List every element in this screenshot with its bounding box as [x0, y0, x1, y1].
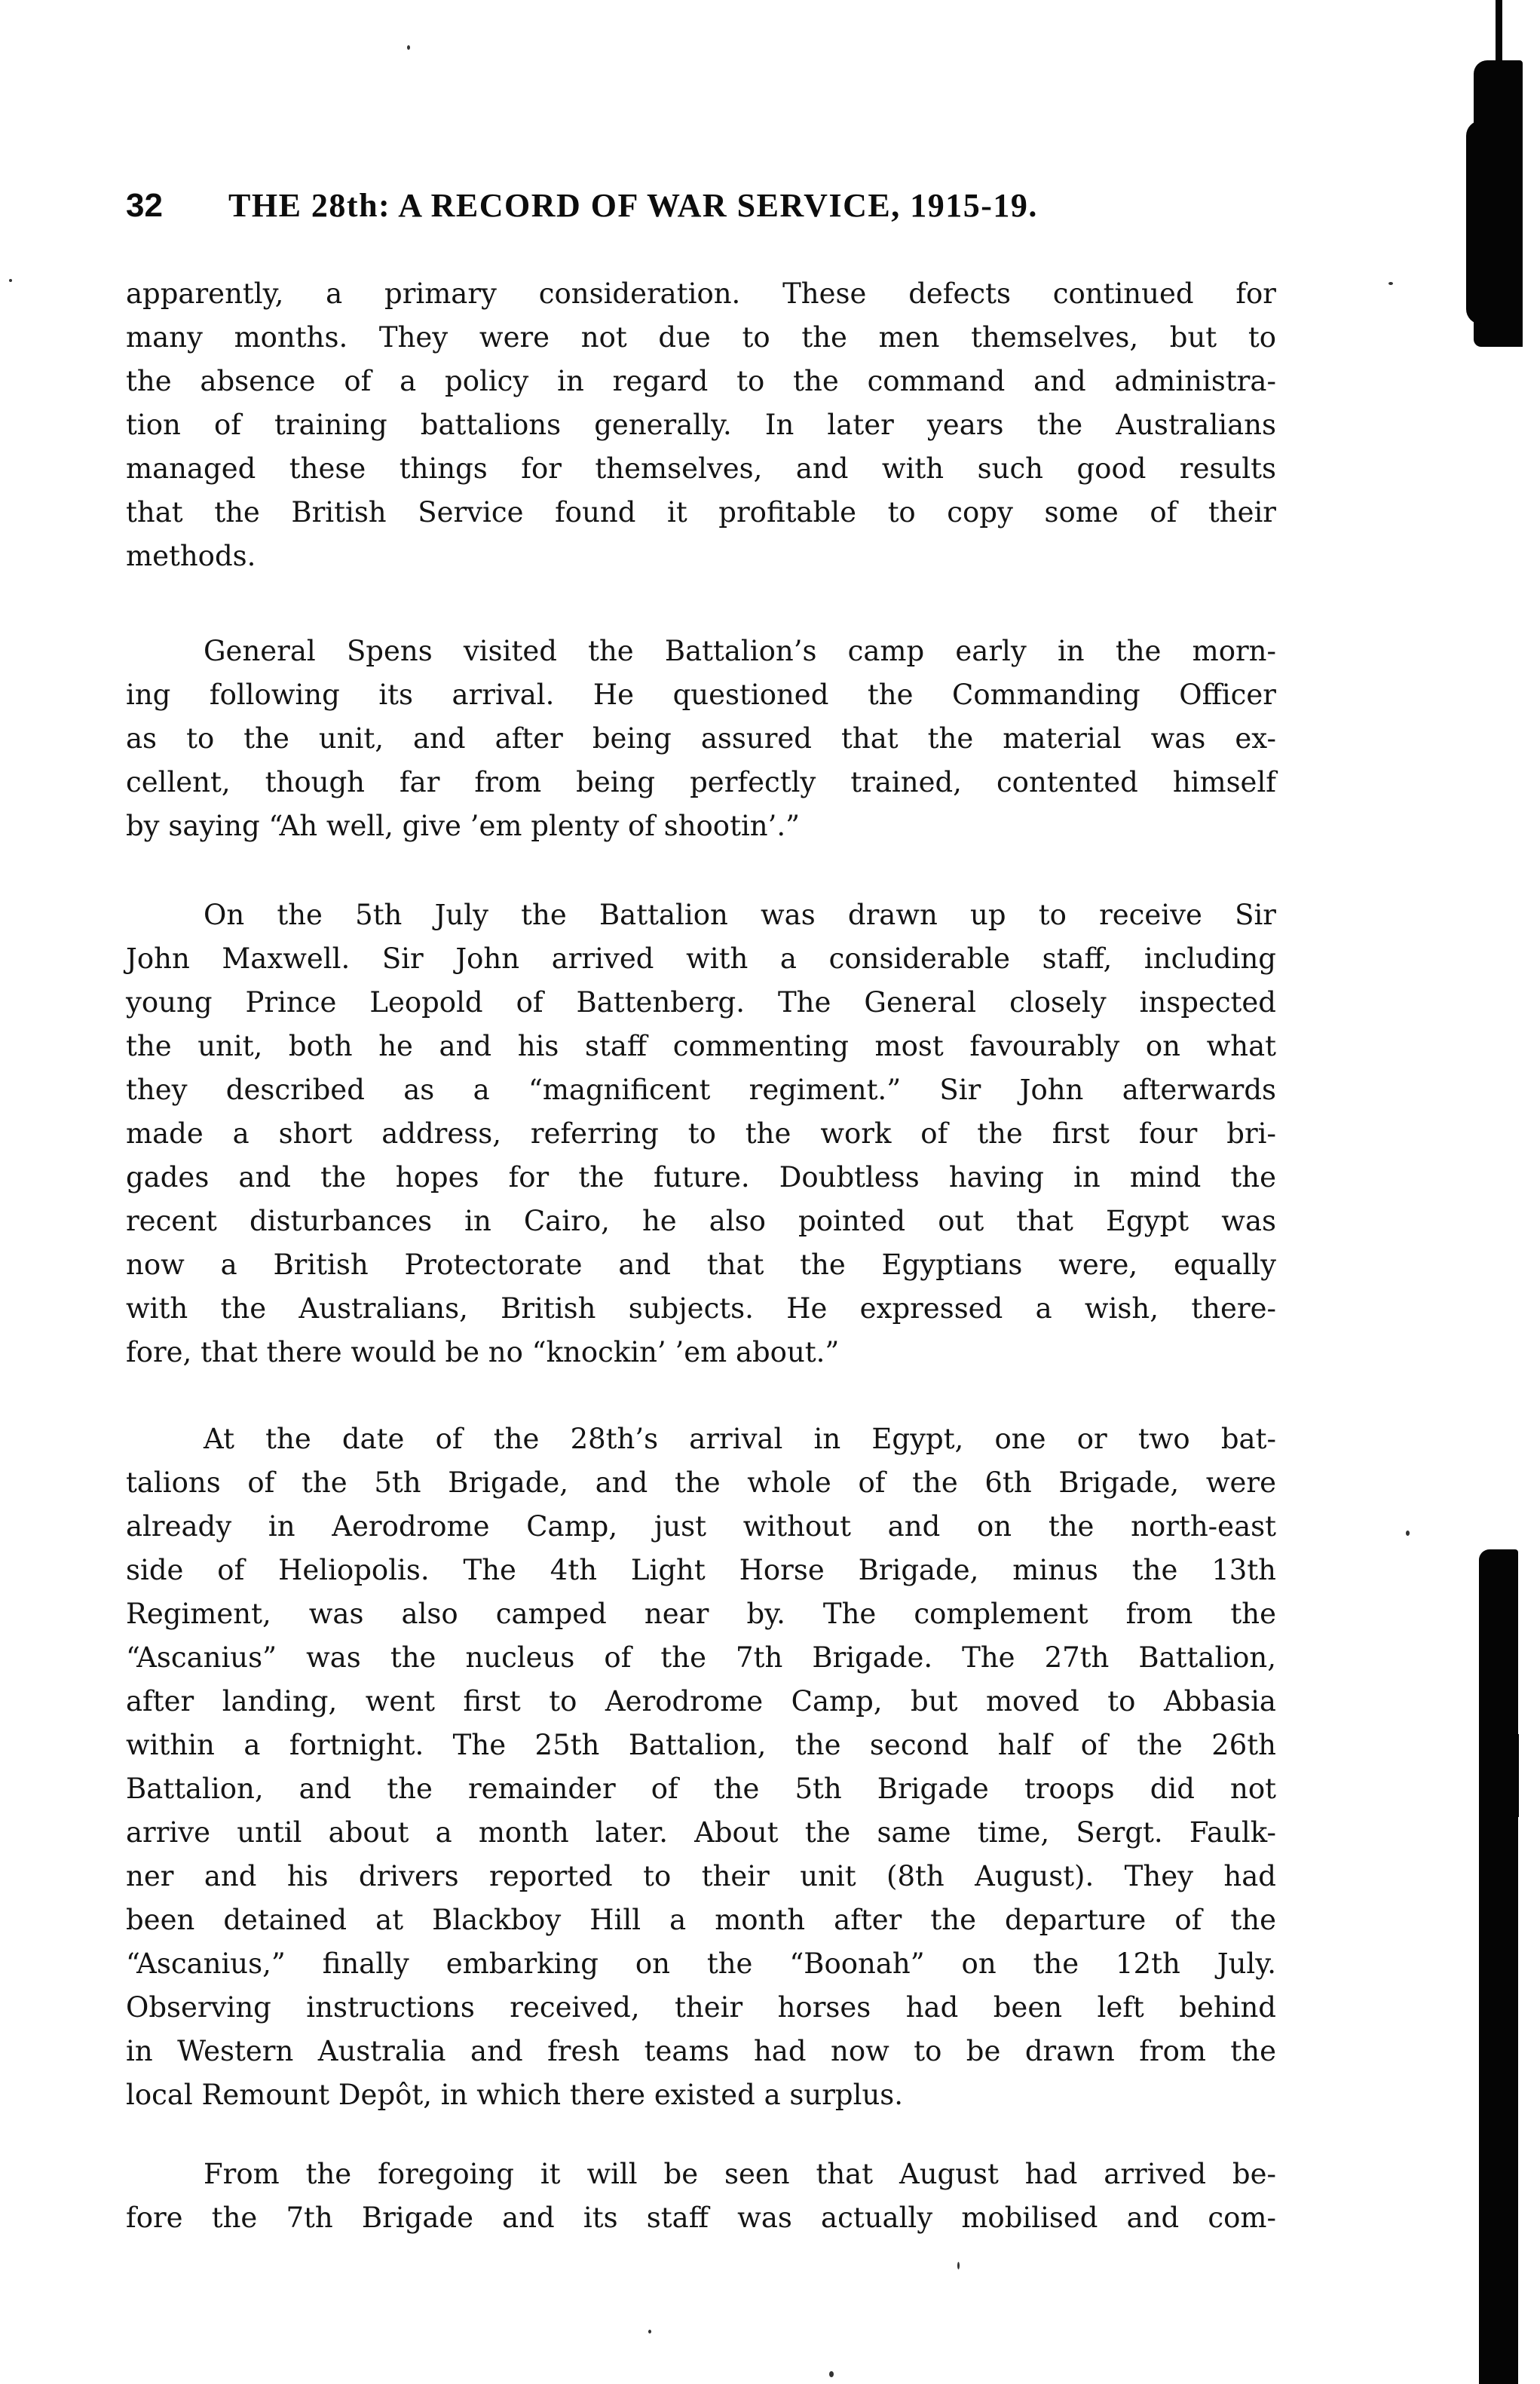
text-line: recent disturbances in Cairo, he also po…	[126, 1200, 1276, 1243]
scan-speck	[1388, 282, 1393, 285]
text-line: arrive until about a month later. About …	[126, 1811, 1276, 1855]
text-line: “Ascanius,” finally embarking on the “Bo…	[126, 1942, 1276, 1986]
scan-speck	[9, 279, 12, 282]
paragraph-4: At the date of the 28th’s arrival in Egy…	[126, 1417, 1276, 2117]
text-line: methods.	[126, 535, 1276, 578]
text-line: John Maxwell. Sir John arrived with a co…	[126, 937, 1276, 981]
text-line: young Prince Leopold of Battenberg. The …	[126, 981, 1276, 1025]
text-line: already in Aerodrome Camp, just without …	[126, 1505, 1276, 1549]
paragraph-3: On the 5th July the Battalion was drawn …	[126, 893, 1276, 1374]
text-line: side of Heliopolis. The 4th Light Horse …	[126, 1549, 1276, 1592]
scan-speck	[648, 2330, 651, 2333]
text-line: now a British Protectorate and that the …	[126, 1243, 1276, 1287]
text-line: after landing, went first to Aerodrome C…	[126, 1680, 1276, 1724]
text-line: local Remount Depôt, in which there exis…	[126, 2073, 1276, 2117]
text-line: cellent, though far from being perfectly…	[126, 761, 1276, 804]
scan-edge-shadow-lower	[1479, 1549, 1518, 2384]
text-line: fore, that there would be no “knockin’ ’…	[126, 1331, 1276, 1374]
text-line: tion of training battalions generally. I…	[126, 403, 1276, 447]
scanned-book-page: 32THE 28th: A RECORD OF WAR SERVICE, 191…	[0, 0, 1540, 2384]
text-line: managed these things for themselves, and…	[126, 447, 1276, 491]
text-line: fore the 7th Brigade and its staff was a…	[126, 2196, 1276, 2240]
scan-speck	[829, 2371, 834, 2377]
text-line: apparently, a primary consideration. The…	[126, 272, 1276, 316]
scan-speck	[957, 2262, 960, 2269]
text-line: with the Australians, British subjects. …	[126, 1287, 1276, 1331]
text-line: talions of the 5th Brigade, and the whol…	[126, 1461, 1276, 1505]
paragraph-5: From the foregoing it will be seen that …	[126, 2153, 1276, 2240]
text-line: within a fortnight. The 25th Battalion, …	[126, 1724, 1276, 1767]
text-line: many months. They were not due to the me…	[126, 316, 1276, 360]
scan-speck	[1406, 1531, 1410, 1536]
text-line: At the date of the 28th’s arrival in Egy…	[126, 1417, 1276, 1461]
text-line: as to the unit, and after being assured …	[126, 717, 1276, 761]
page-number: 32	[126, 185, 228, 227]
text-line: been detained at Blackboy Hill a month a…	[126, 1898, 1276, 1942]
text-line: in Western Australia and fresh teams had…	[126, 2030, 1276, 2073]
text-line: Regiment, was also camped near by. The c…	[126, 1592, 1276, 1636]
text-line: From the foregoing it will be seen that …	[126, 2153, 1276, 2196]
text-line: “Ascanius” was the nucleus of the 7th Br…	[126, 1636, 1276, 1680]
paragraph-2: General Spens visited the Battalion’s ca…	[126, 630, 1276, 848]
scan-edge-line	[1496, 0, 1502, 68]
text-line: General Spens visited the Battalion’s ca…	[126, 630, 1276, 673]
text-line: ing following its arrival. He questioned…	[126, 673, 1276, 717]
scan-edge-shadow-lower-notch	[1489, 1734, 1519, 1817]
text-line: by saying “Ah well, give ’em plenty of s…	[126, 804, 1276, 848]
paragraph-1: apparently, a primary consideration. The…	[126, 272, 1276, 578]
text-line: the absence of a policy in regard to the…	[126, 360, 1276, 403]
text-line: Battalion, and the remainder of the 5th …	[126, 1767, 1276, 1811]
text-line: ner and his drivers reported to their un…	[126, 1855, 1276, 1898]
text-line: they described as a “magnificent regimen…	[126, 1068, 1276, 1112]
text-line: On the 5th July the Battalion was drawn …	[126, 893, 1276, 937]
running-head: 32THE 28th: A RECORD OF WAR SERVICE, 191…	[126, 184, 1219, 226]
text-line: made a short address, referring to the w…	[126, 1112, 1276, 1156]
text-line: gades and the hopes for the future. Doub…	[126, 1156, 1276, 1200]
scan-edge-shadow-upper-bulge	[1466, 121, 1508, 324]
running-title: THE 28th: A RECORD OF WAR SERVICE, 1915-…	[228, 185, 1038, 227]
text-line: Observing instructions received, their h…	[126, 1986, 1276, 2030]
scan-speck	[407, 45, 410, 50]
text-line: that the British Service found it profit…	[126, 491, 1276, 535]
text-line: the unit, both he and his staff commenti…	[126, 1025, 1276, 1068]
